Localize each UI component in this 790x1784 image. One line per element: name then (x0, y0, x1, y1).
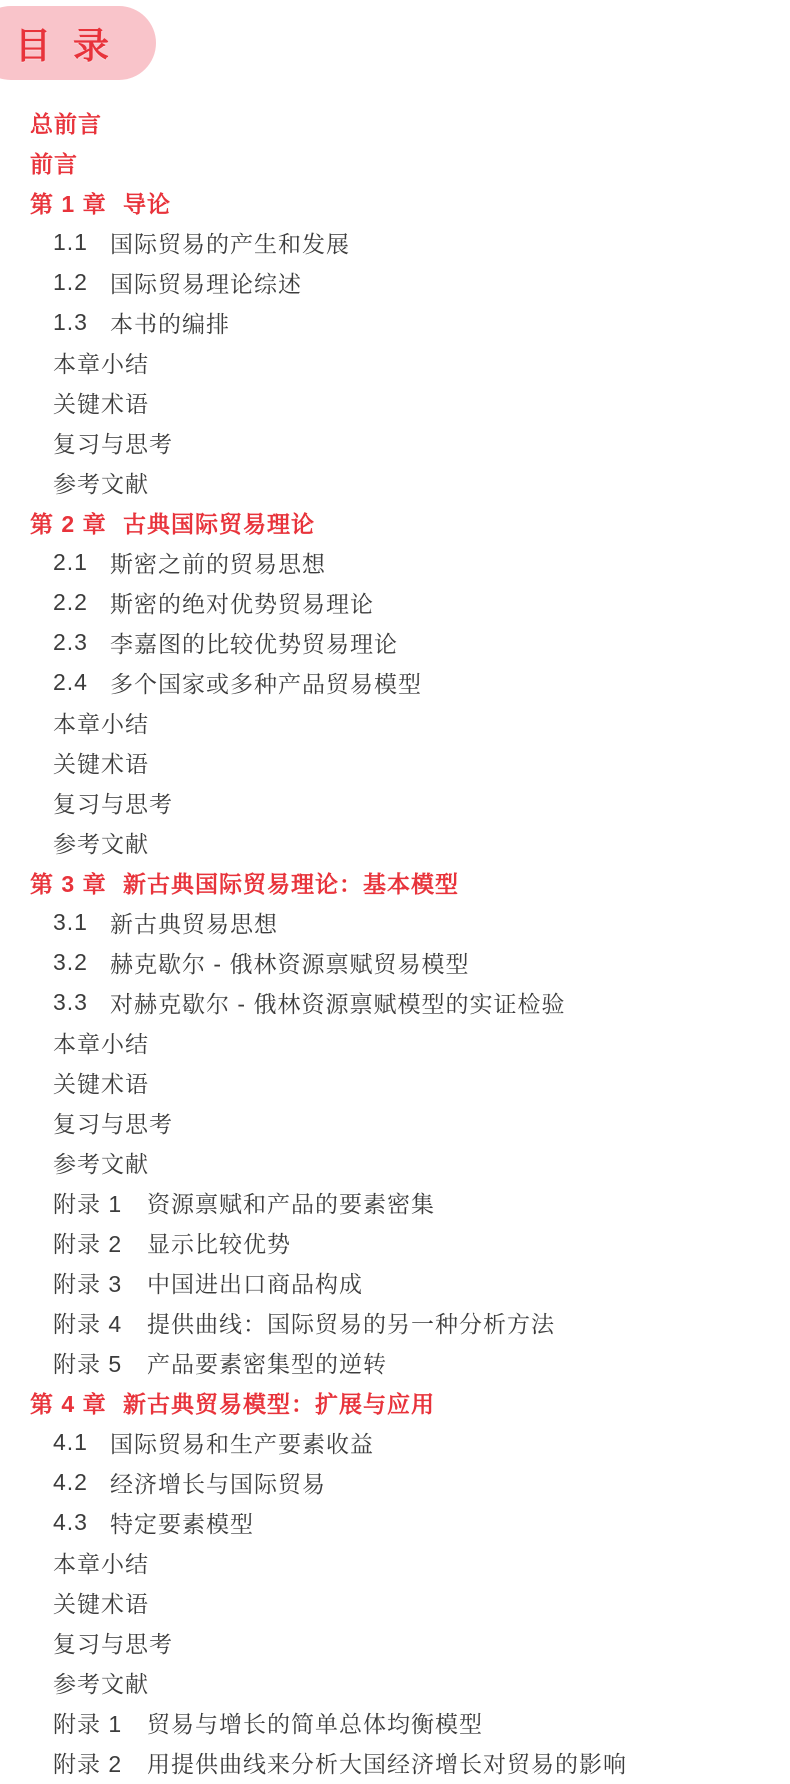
toc-chapter-entry[interactable]: 第 1 章导论 (0, 182, 790, 222)
toc-title-badge: 目 录 (0, 6, 156, 80)
toc-entry-label: 新古典国际贸易理论：基本模型 (123, 866, 459, 899)
toc-entry[interactable]: 参考文献 (0, 462, 790, 502)
toc-entry-label: 本章小结 (53, 1546, 149, 1579)
toc-entry-label: 新古典贸易模型：扩展与应用 (123, 1386, 435, 1419)
toc-chapter-entry[interactable]: 第 3 章新古典国际贸易理论：基本模型 (0, 862, 790, 902)
page-title: 目 录 (15, 18, 115, 69)
toc-entry[interactable]: 本章小结 (0, 342, 790, 382)
toc-entry[interactable]: 1.3本书的编排 (0, 302, 790, 342)
toc-entry-number: 4.3 (53, 1509, 110, 1536)
toc-entry[interactable]: 本章小结 (0, 702, 790, 742)
toc-entry-label: 国际贸易的产生和发展 (110, 226, 350, 259)
toc-entry[interactable]: 关键术语 (0, 1582, 790, 1622)
toc-entry-number: 2.3 (53, 629, 110, 656)
toc-entry[interactable]: 1.1国际贸易的产生和发展 (0, 222, 790, 262)
toc-entry[interactable]: 参考文献 (0, 1142, 790, 1182)
toc-entry-label: 导论 (123, 186, 171, 219)
toc-chapter-entry[interactable]: 第 4 章新古典贸易模型：扩展与应用 (0, 1382, 790, 1422)
toc-entry-label: 斯密之前的贸易思想 (110, 546, 326, 579)
toc-entry-label: 提供曲线：国际贸易的另一种分析方法 (147, 1306, 555, 1339)
toc-entry[interactable]: 3.1新古典贸易思想 (0, 902, 790, 942)
toc-entry-number: 第 3 章 (30, 866, 123, 899)
toc-entry-label: 用提供曲线来分析大国经济增长对贸易的影响 (147, 1746, 627, 1779)
toc-entry-number: 3.2 (53, 949, 110, 976)
toc-entry[interactable]: 复习与思考 (0, 422, 790, 462)
toc-entry[interactable]: 2.4多个国家或多种产品贸易模型 (0, 662, 790, 702)
toc-entry[interactable]: 复习与思考 (0, 1102, 790, 1142)
toc-entry-label: 贸易与增长的简单总体均衡模型 (147, 1706, 483, 1739)
toc-entry-label: 中国进出口商品构成 (147, 1266, 363, 1299)
toc-entry-label: 关键术语 (53, 746, 149, 779)
toc-entry-number: 1.2 (53, 269, 110, 296)
toc-entry-label: 本书的编排 (110, 306, 230, 339)
toc-entry-label: 复习与思考 (53, 1626, 173, 1659)
toc-entry-label: 资源禀赋和产品的要素密集 (147, 1186, 435, 1219)
toc-entry-label: 复习与思考 (53, 1106, 173, 1139)
toc-entry[interactable]: 前言 (0, 142, 790, 182)
toc-entry[interactable]: 附录 5产品要素密集型的逆转 (0, 1342, 790, 1382)
toc-entry-number: 2.2 (53, 589, 110, 616)
toc-entry-label: 前言 (30, 146, 78, 179)
toc-entry-number: 4.2 (53, 1469, 110, 1496)
toc-entry[interactable]: 附录 4提供曲线：国际贸易的另一种分析方法 (0, 1302, 790, 1342)
toc-entry-label: 复习与思考 (53, 426, 173, 459)
toc-entry-label: 参考文献 (53, 826, 149, 859)
toc-entry[interactable]: 2.1斯密之前的贸易思想 (0, 542, 790, 582)
toc-entry-label: 显示比较优势 (147, 1226, 291, 1259)
toc-entry[interactable]: 总前言 (0, 102, 790, 142)
toc-entry[interactable]: 3.2赫克歇尔 - 俄林资源禀赋贸易模型 (0, 942, 790, 982)
toc-entry-label: 产品要素密集型的逆转 (147, 1346, 387, 1379)
toc-entry-label: 复习与思考 (53, 786, 173, 819)
toc-entry-label: 关键术语 (53, 1586, 149, 1619)
toc-entry[interactable]: 参考文献 (0, 1662, 790, 1702)
toc-entry[interactable]: 2.3李嘉图的比较优势贸易理论 (0, 622, 790, 662)
toc-entry[interactable]: 参考文献 (0, 822, 790, 862)
toc-entry[interactable]: 复习与思考 (0, 782, 790, 822)
toc-entry[interactable]: 4.1国际贸易和生产要素收益 (0, 1422, 790, 1462)
toc-entry[interactable]: 关键术语 (0, 382, 790, 422)
toc-entry[interactable]: 3.3对赫克歇尔 - 俄林资源禀赋模型的实证检验 (0, 982, 790, 1022)
toc-entry-label: 李嘉图的比较优势贸易理论 (110, 626, 398, 659)
toc-entry-number: 3.3 (53, 989, 110, 1016)
toc-entry-label: 斯密的绝对优势贸易理论 (110, 586, 374, 619)
toc-entry[interactable]: 1.2国际贸易理论综述 (0, 262, 790, 302)
toc-entry-number: 附录 4 (53, 1306, 147, 1339)
toc-entry-label: 本章小结 (53, 346, 149, 379)
toc-entry[interactable]: 本章小结 (0, 1542, 790, 1582)
toc-entry-number: 4.1 (53, 1429, 110, 1456)
toc-entry-number: 附录 1 (53, 1186, 147, 1219)
toc-entry-number: 2.4 (53, 669, 110, 696)
toc-entry[interactable]: 本章小结 (0, 1022, 790, 1062)
toc-entry[interactable]: 附录 2显示比较优势 (0, 1222, 790, 1262)
toc-entry-number: 附录 5 (53, 1346, 147, 1379)
toc-entry[interactable]: 关键术语 (0, 742, 790, 782)
toc-entry[interactable]: 附录 2用提供曲线来分析大国经济增长对贸易的影响 (0, 1742, 790, 1782)
toc-entry-number: 2.1 (53, 549, 110, 576)
toc-entry[interactable]: 复习与思考 (0, 1622, 790, 1662)
toc-entry-label: 本章小结 (53, 706, 149, 739)
toc-entry-label: 参考文献 (53, 466, 149, 499)
toc-entry[interactable]: 关键术语 (0, 1062, 790, 1102)
toc-entry[interactable]: 4.2经济增长与国际贸易 (0, 1462, 790, 1502)
toc-entry-label: 总前言 (30, 106, 102, 139)
toc-entry-number: 附录 3 (53, 1266, 147, 1299)
toc-entry-label: 多个国家或多种产品贸易模型 (110, 666, 422, 699)
toc-entry-number: 附录 1 (53, 1706, 147, 1739)
toc-entry-label: 国际贸易理论综述 (110, 266, 302, 299)
toc-entry-label: 本章小结 (53, 1026, 149, 1059)
toc-entry-label: 经济增长与国际贸易 (110, 1466, 326, 1499)
toc-entry-label: 特定要素模型 (110, 1506, 254, 1539)
toc-entry-label: 赫克歇尔 - 俄林资源禀赋贸易模型 (110, 946, 469, 979)
toc-entry-number: 附录 2 (53, 1226, 147, 1259)
toc-entry-label: 参考文献 (53, 1666, 149, 1699)
toc-entry[interactable]: 2.2斯密的绝对优势贸易理论 (0, 582, 790, 622)
toc-entry-number: 1.3 (53, 309, 110, 336)
toc-entry-number: 1.1 (53, 229, 110, 256)
toc-entry-label: 古典国际贸易理论 (123, 506, 315, 539)
toc-entry-number: 第 1 章 (30, 186, 123, 219)
toc-entry[interactable]: 附录 3中国进出口商品构成 (0, 1262, 790, 1302)
toc-entry-label: 国际贸易和生产要素收益 (110, 1426, 374, 1459)
table-of-contents: 总前言前言第 1 章导论1.1国际贸易的产生和发展1.2国际贸易理论综述1.3本… (0, 102, 790, 1782)
toc-entry-number: 第 4 章 (30, 1386, 123, 1419)
toc-entry[interactable]: 附录 1资源禀赋和产品的要素密集 (0, 1182, 790, 1222)
toc-entry[interactable]: 附录 1贸易与增长的简单总体均衡模型 (0, 1702, 790, 1742)
toc-entry-label: 关键术语 (53, 386, 149, 419)
toc-entry-label: 参考文献 (53, 1146, 149, 1179)
toc-entry-label: 关键术语 (53, 1066, 149, 1099)
toc-entry-number: 3.1 (53, 909, 110, 936)
toc-entry-number: 第 2 章 (30, 506, 123, 539)
toc-entry-label: 对赫克歇尔 - 俄林资源禀赋模型的实证检验 (110, 986, 565, 1019)
toc-entry-label: 新古典贸易思想 (110, 906, 278, 939)
toc-chapter-entry[interactable]: 第 2 章古典国际贸易理论 (0, 502, 790, 542)
toc-entry[interactable]: 4.3特定要素模型 (0, 1502, 790, 1542)
toc-entry-number: 附录 2 (53, 1746, 147, 1779)
